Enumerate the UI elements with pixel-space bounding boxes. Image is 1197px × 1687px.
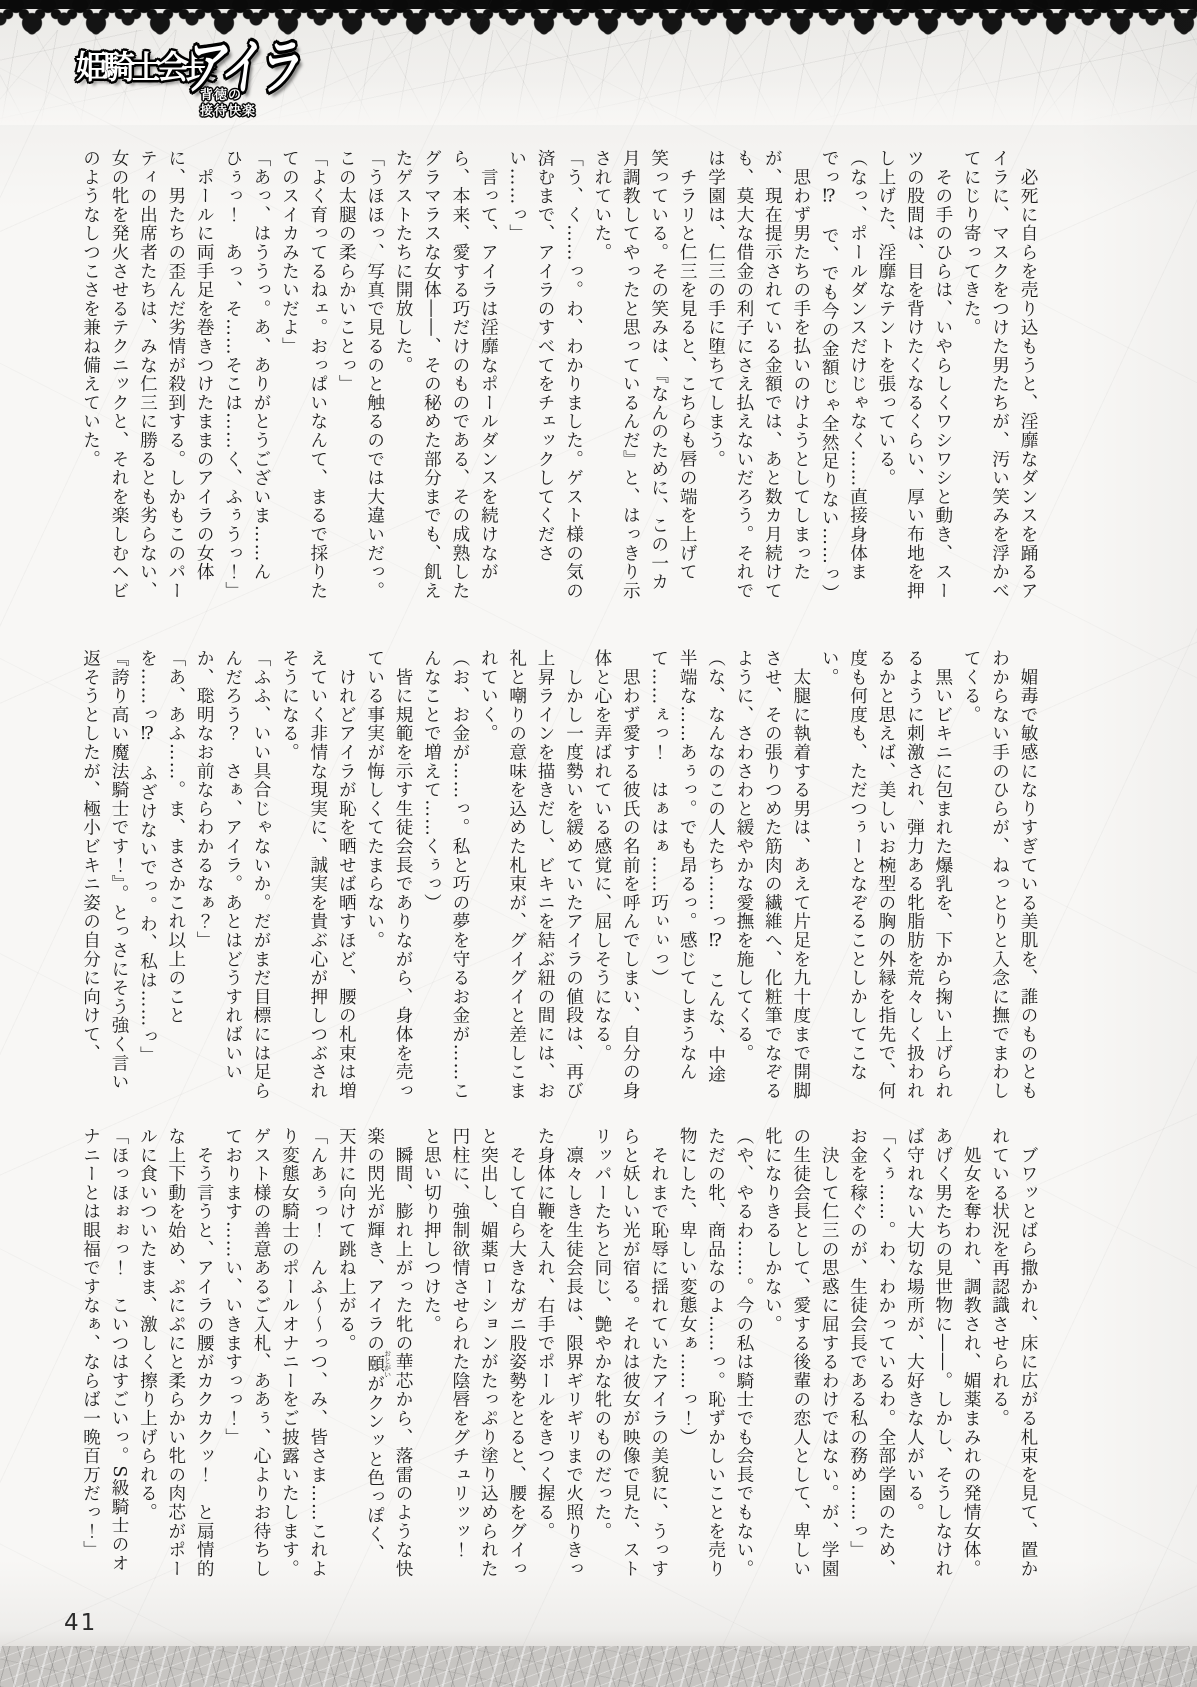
paragraph: 「あっ、はううっ。あ、ありがとうございま……んひぅっ！ あっ、そ……そこは……く… bbox=[218, 149, 275, 601]
page-number: 41 bbox=[64, 1610, 97, 1636]
paper-texture-bottom bbox=[0, 1646, 1197, 1687]
paragraph: それまで恥辱に揺れていたアイラの美貌に、うっすらと妖しい光が宿る。それは彼女が映… bbox=[588, 1127, 673, 1579]
paragraph: 「ほっほぉぉっ！ こいつはすごいっ。S級騎士のオナニーとは眼福ですなぁ、ならば一… bbox=[76, 1127, 133, 1579]
paragraph: チラリと仁三を見ると、こちらも唇の端を上げて笑っている。その笑みは、『なんのため… bbox=[588, 149, 702, 601]
paragraph: 『誇り高い魔法騎士です！』。とっさにそう強く言い返そうとしたが、極小ビキニ姿の自… bbox=[76, 649, 133, 1101]
paragraph: （や、やるわ……。今の私は騎士でも会長でもない。ただの牝、商品なのよ……っ。恥ず… bbox=[673, 1127, 758, 1579]
novel-page: 姫騎士会長 アイラ 背徳の 接待快楽 必死に自らを売り込もうと、淫靡なダンスを踊… bbox=[0, 0, 1197, 1687]
paragraph: そして自ら大きなガニ股姿勢をとると、腰をグイっと突出し、媚薬ローションがたっぷり… bbox=[417, 1127, 531, 1579]
paragraph: 皆に規範を示す生徒会長でありながら、身体を売っている事実が悔しくてたまらない。 bbox=[360, 649, 417, 1101]
paragraph: 媚毒で敏感になりすぎている美肌を、誰のものともわからない手のひらが、ねっとりと入… bbox=[957, 649, 1042, 1101]
text-band-middle: 媚毒で敏感になりすぎている美肌を、誰のものともわからない手のひらが、ねっとりと入… bbox=[76, 649, 1042, 1101]
paragraph: そう言うと、アイラの腰がカクカクッ！ と扇情的な上下動を始め、ぷにぷにと柔らかい… bbox=[133, 1127, 218, 1579]
paragraph: ポールに両手足を巻きつけたままのアイラの女体に、男たちの歪んだ劣情が殺到する。し… bbox=[76, 149, 218, 601]
paragraph: （な、なんなのこの人たち……っ⁉ こんな、中途半端な……あぅっ。でも昂るっ。感じ… bbox=[644, 649, 729, 1101]
paragraph: 「う、く……っ。わ、わかりました。ゲスト様の気の済むまで、アイラのすべてをチェッ… bbox=[502, 149, 587, 601]
paragraph: けれどアイラが恥を晒せば晒すほど、腰の札束は増えていく非情な現実に、誠実を貴ぶ心… bbox=[275, 649, 360, 1101]
paragraph: （お、お金が……っ。私と巧の夢を守るお金が……こんなことで増えて……くぅっ） bbox=[417, 649, 474, 1101]
paragraph: ブワッとばら撒かれ、床に広がる札束を見て、置かれている状況を再認識させられる。 bbox=[985, 1127, 1042, 1579]
paragraph: 「うほほっ、写真で見るのと触るのでは大違いだっ。この太腿の柔らかいことっ」 bbox=[332, 149, 389, 601]
text-band-bottom: ブワッとばら撒かれ、床に広がる札束を見て、置かれている状況を再認識させられる。 … bbox=[76, 1127, 1042, 1579]
paragraph: 必死に自らを売り込もうと、淫靡なダンスを踊るアイラに、マスクをつけた男たちが、汚… bbox=[957, 149, 1042, 601]
paragraph: 瞬間、膨れ上がった牝の華芯から、落雷のような快楽の閃光が輝き、アイラの頤おとがい… bbox=[332, 1127, 417, 1579]
paragraph: 決して仁三の思惑に屈するわけではない。が、学園の生徒会長として、愛する後輩の恋人… bbox=[758, 1127, 843, 1579]
series-logo-subtitle-line2: 接待快楽 bbox=[200, 104, 256, 120]
paragraph: 太腿に執着する男は、あえて片足を九十度まで開脚させ、その張りつめた筋肉の繊維へ、… bbox=[730, 649, 815, 1101]
paragraph: 思わず男たちの手を払いのけようとしてしまったが、現在提示されている金額では、あと… bbox=[701, 149, 815, 601]
paragraph: 凛々しき生徒会長は、限界ギリギリまで火照りきった身体に鞭を入れ、右手でポールをき… bbox=[531, 1127, 588, 1579]
series-logo-subtitle-line1: 背徳の bbox=[200, 88, 256, 104]
paragraph: 「ふふ、いい具合じゃないか。だがまだ目標には足らんだろう？ さぁ、アイラ。あとは… bbox=[190, 649, 275, 1101]
series-logo-subtitle: 背徳の 接待快楽 bbox=[200, 88, 256, 119]
paragraph: 「くぅ……。わ、わかっているわ。全部学園のため、お金を稼ぐのが、生徒会長である私… bbox=[843, 1127, 900, 1579]
paragraph: しかし一度勢いを緩めていたアイラの値段は、再び上昇ラインを描きだし、ビキニを結ぶ… bbox=[474, 649, 588, 1101]
series-logo: 姫騎士会長 アイラ 背徳の 接待快楽 bbox=[60, 20, 360, 120]
paragraph: 「よく育ってるねェ。おっぱいなんて、まるで採りたてのスイカみたいだよ」 bbox=[275, 149, 332, 601]
paragraph: 処女を奪われ、調教され、媚薬まみれの発情女体。あげく男たちの見世物に――。しかし… bbox=[900, 1127, 985, 1579]
paragraph: 黒いビキニに包まれた爆乳を、下から掬い上げられるように刺激され、弾力ある牝脂肪を… bbox=[815, 649, 957, 1101]
text-band-top: 必死に自らを売り込もうと、淫靡なダンスを踊るアイラに、マスクをつけた男たちが、汚… bbox=[76, 149, 1042, 601]
paragraph: 「んあぅっ！ んふ～～っつ、み、皆さま……これより変態女騎士のポールオナニーをご… bbox=[218, 1127, 332, 1579]
paragraph: 思わず愛する彼氏の名前を呼んでしまい、自分の身体と心を弄ばれている感覚に、屈しそ… bbox=[588, 649, 645, 1101]
paragraph: （なっ、ポールダンスだけじゃなく……直接身体までっ⁉ で、でも今の金額じゃ全然足… bbox=[815, 149, 872, 601]
paragraph: 言って、アイラは淫靡なポールダンスを続けながら、本来、愛する巧だけのものである、… bbox=[389, 149, 503, 601]
paragraph: 「あ、あふ……。ま、まさかこれ以上のことを……っ⁉ ふざけないでっ。わ、私は……… bbox=[133, 649, 190, 1101]
paragraph: その手のひらは、いやらしくワシワシと動き、スーツの股間は、目を背けたくなるくらい… bbox=[872, 149, 957, 601]
